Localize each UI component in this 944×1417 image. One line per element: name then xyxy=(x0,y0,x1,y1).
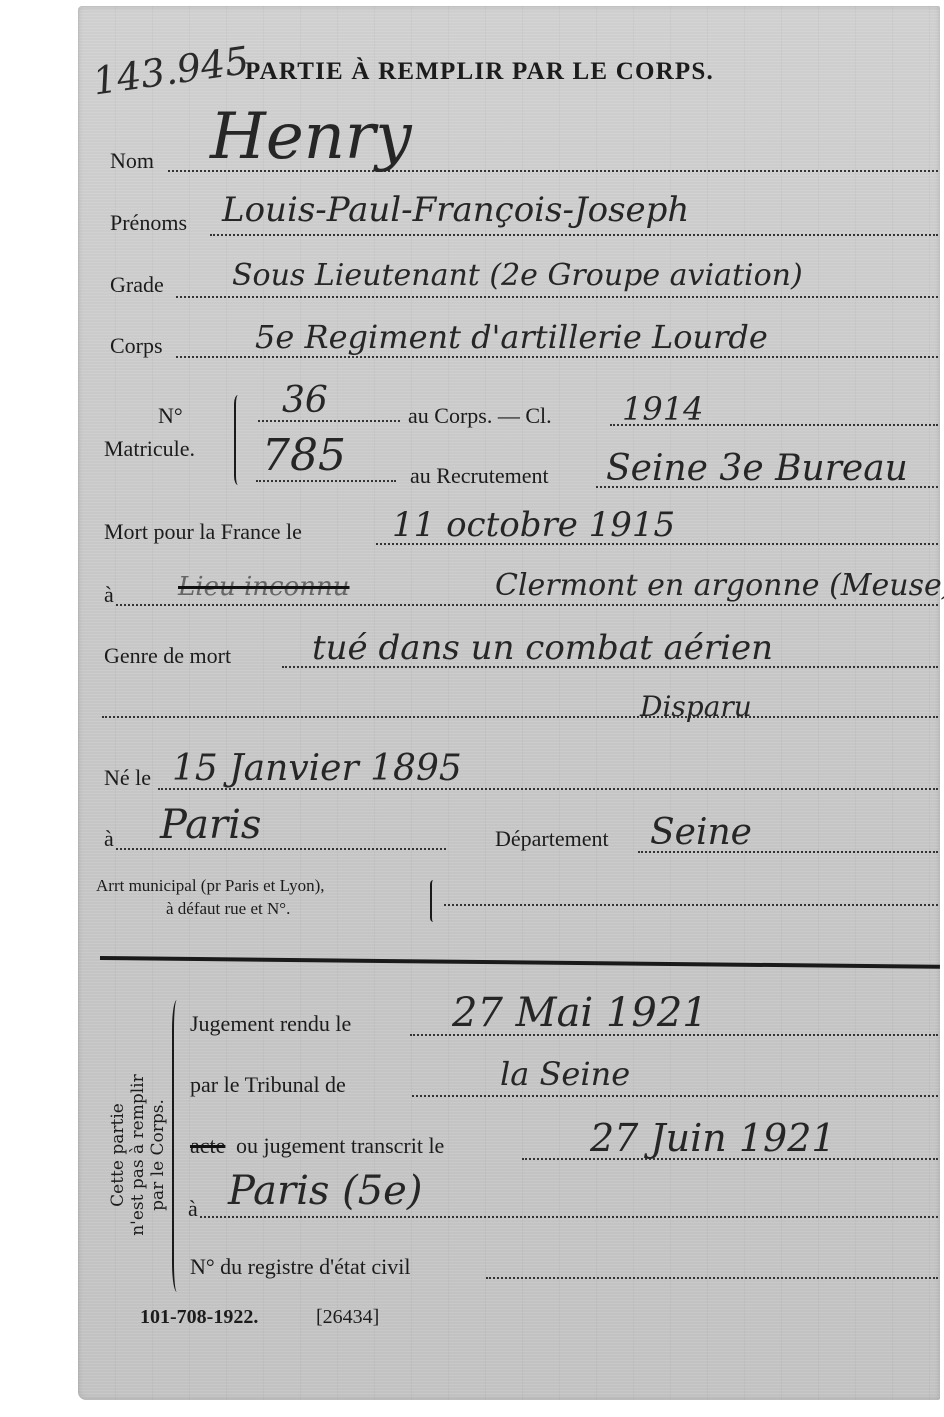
ne-le-value[interactable]: 15 Janvier 1895 xyxy=(172,748,462,789)
arrondissement-label-2: à défaut rue et N°. xyxy=(166,899,290,919)
mort-date-value[interactable]: 11 octobre 1915 xyxy=(392,505,675,545)
corps-value[interactable]: 5e Regiment d'artillerie Lourde xyxy=(255,318,768,356)
transcrit-lieu-value[interactable]: Paris (5e) xyxy=(228,1168,422,1214)
mort-date-label: Mort pour la France le xyxy=(104,519,302,545)
tribunal-line xyxy=(412,1095,938,1097)
prenoms-line xyxy=(210,234,938,236)
side-note-line-3: par le Corps. xyxy=(148,1045,168,1265)
nom-label: Nom xyxy=(110,148,154,174)
classe-value[interactable]: 1914 xyxy=(622,390,703,428)
ne-a-line xyxy=(116,848,446,850)
mort-lieu-value[interactable]: Clermont en argonne (Meuse) xyxy=(495,568,944,603)
grade-line xyxy=(176,296,938,298)
genre-mort-value-2[interactable]: Disparu xyxy=(640,690,752,723)
transcrit-struck-label: acte xyxy=(190,1133,225,1159)
recrutement-value[interactable]: Seine 3e Bureau xyxy=(606,448,908,489)
nom-value[interactable]: Henry xyxy=(210,100,412,174)
transcrit-label: ou jugement transcrit le xyxy=(236,1133,444,1159)
grade-value[interactable]: Sous Lieutenant (2e Groupe aviation) xyxy=(232,258,803,293)
registre-label: N° du registre d'état civil xyxy=(190,1254,410,1280)
tribunal-label: par le Tribunal de xyxy=(190,1072,346,1098)
jugement-rendu-value[interactable]: 27 Mai 1921 xyxy=(452,990,708,1036)
departement-label: Département xyxy=(495,826,609,852)
side-note: Cette partie n'est pas à remplir par le … xyxy=(108,1045,168,1265)
ne-a-label: à xyxy=(104,826,114,852)
ne-le-label: Né le xyxy=(104,765,151,791)
genre-mort-line-2 xyxy=(102,716,938,718)
civil-section-bracket xyxy=(172,1000,184,1292)
matricule-label: Matricule. xyxy=(104,436,195,462)
mort-lieu-struck-value: Lieu inconnu xyxy=(178,572,350,602)
registre-line xyxy=(486,1277,938,1279)
genre-mort-value[interactable]: tué dans un combat aérien xyxy=(312,628,773,668)
jugement-rendu-label: Jugement rendu le xyxy=(190,1011,351,1037)
side-note-line-1: Cette partie xyxy=(108,1045,128,1265)
au-corps-line xyxy=(258,420,400,422)
departement-value[interactable]: Seine xyxy=(650,812,752,853)
genre-mort-label: Genre de mort xyxy=(104,643,231,669)
transcrit-lieu-label: à xyxy=(188,1196,198,1222)
mort-lieu-label: à xyxy=(104,582,114,608)
ne-a-value[interactable]: Paris xyxy=(160,802,261,848)
form-title: PARTIE À REMPLIR PAR LE CORPS. xyxy=(245,58,714,86)
au-corps-label: au Corps. — Cl. xyxy=(408,403,552,429)
corps-label: Corps xyxy=(110,333,163,359)
corps-line xyxy=(176,356,938,358)
recrutement-label: au Recrutement xyxy=(410,463,549,489)
matricule-no-label: N° xyxy=(158,403,183,429)
transcrit-lieu-line xyxy=(200,1216,938,1218)
arrondissement-bracket xyxy=(430,880,438,922)
side-note-line-2: n'est pas à remplir xyxy=(128,1045,148,1265)
print-number: [26434] xyxy=(316,1306,379,1329)
form-code: 101-708-1922. xyxy=(140,1306,258,1329)
au-corps-value[interactable]: 36 xyxy=(282,380,328,421)
tribunal-value[interactable]: la Seine xyxy=(500,1055,630,1093)
prenoms-label: Prénoms xyxy=(110,210,187,236)
arrondissement-label-1: Arrt municipal (pr Paris et Lyon), xyxy=(96,876,325,896)
prenoms-value[interactable]: Louis-Paul-François-Joseph xyxy=(222,190,689,230)
matricule-bracket xyxy=(234,395,244,485)
mort-lieu-line xyxy=(116,604,938,606)
grade-label: Grade xyxy=(110,272,164,298)
transcrit-value[interactable]: 27 Juin 1921 xyxy=(590,1116,836,1160)
recrutement-number-value[interactable]: 785 xyxy=(262,430,346,481)
arrondissement-line xyxy=(444,904,938,906)
